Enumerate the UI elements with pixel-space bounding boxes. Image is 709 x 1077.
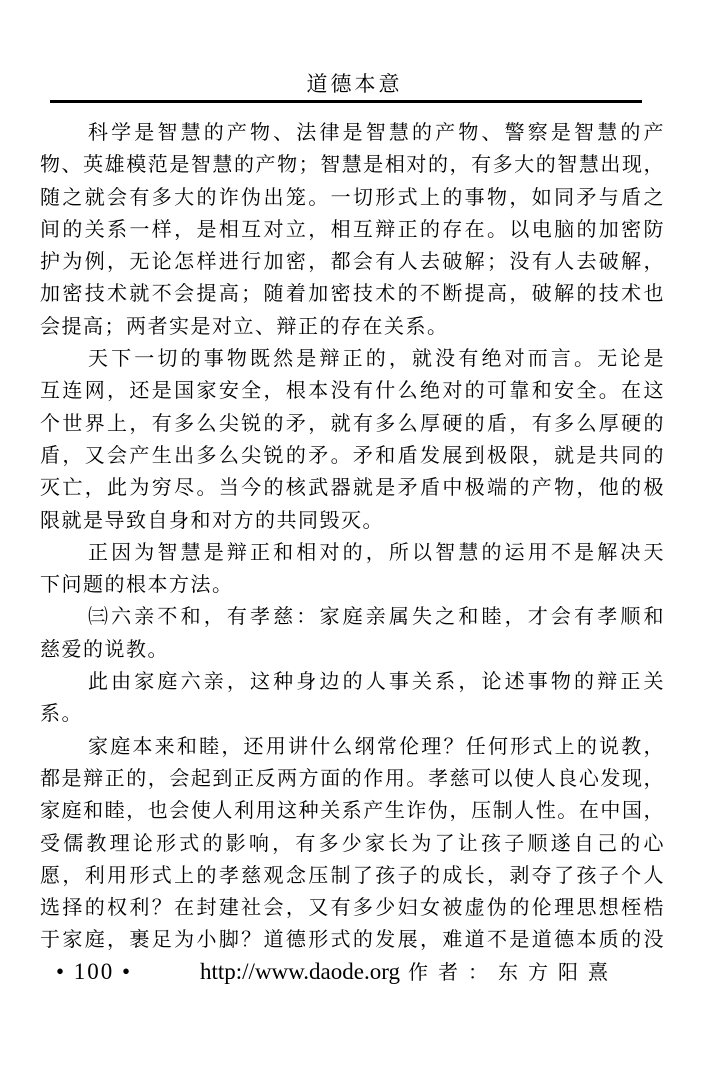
text-line: 正因为智慧是辩正和相对的，所以智慧的运用不是解决天 [40, 536, 665, 568]
text-line: 个世界上，有多么尖锐的矛，就有多么厚硬的盾，有多么厚硬的 [40, 407, 665, 439]
text-line: 慈爱的说教。 [40, 633, 665, 665]
text-line: 此由家庭六亲，这种身边的人事关系，论述事物的辩正关 [40, 665, 665, 697]
text-line: 于家庭，裹足为小脚？道德形式的发展，难道不是道德本质的没 [40, 923, 665, 955]
text-line: 加密技术就不会提高；随着加密技术的不断提高，破解的技术也 [40, 277, 665, 309]
text-line: 随之就会有多大的诈伪出笼。一切形式上的事物，如同矛与盾之 [40, 181, 665, 213]
page-footer: • 100 • http://www.daode.org 作者：东方阳熹 [40, 955, 670, 989]
text-line: 限就是导致自身和对方的共同毁灭。 [40, 504, 665, 536]
site-url: http://www.daode.org [200, 955, 400, 989]
page-number: • 100 • [56, 955, 132, 989]
text-line: 愿，利用形式上的孝慈观念压制了孩子的成长，剥夺了孩子个人 [40, 859, 665, 891]
book-page: 道德本意 科学是智慧的产物、法律是智慧的产物、警察是智慧的产 物、英雄模范是智慧… [0, 0, 709, 1077]
body-text: 科学是智慧的产物、法律是智慧的产物、警察是智慧的产 物、英雄模范是智慧的产物；智… [40, 116, 665, 956]
text-line: 选择的权利？在封建社会，又有多少妇女被虚伪的伦理思想桎梏 [40, 891, 665, 923]
text-line: 盾，又会产生出多么尖锐的矛。矛和盾发展到极限，就是共同的 [40, 439, 665, 471]
author-credit: 作者：东方阳熹 [408, 955, 618, 989]
text-line: 天下一切的事物既然是辩正的，就没有绝对而言。无论是 [40, 342, 665, 374]
text-line: 家庭本来和睦，还用讲什么纲常伦理？任何形式上的说教， [40, 730, 665, 762]
page-title: 道德本意 [0, 68, 709, 98]
text-line: 系。 [40, 697, 665, 729]
text-line: 家庭和睦，也会使人利用这种关系产生诈伪，压制人性。在中国， [40, 794, 665, 826]
text-line: 灭亡，此为穷尽。当今的核武器就是矛盾中极端的产物，他的极 [40, 471, 665, 503]
text-line: 间的关系一样，是相互对立，相互辩正的存在。以电脑的加密防 [40, 213, 665, 245]
text-line: 互连网，还是国家安全，根本没有什么绝对的可靠和安全。在这 [40, 374, 665, 406]
text-line: 受儒教理论形式的影响，有多少家长为了让孩子顺遂自己的心 [40, 827, 665, 859]
text-line: 会提高；两者实是对立、辩正的存在关系。 [40, 310, 665, 342]
text-line: 科学是智慧的产物、法律是智慧的产物、警察是智慧的产 [40, 116, 665, 148]
header-divider [50, 100, 642, 103]
text-line: 下问题的根本方法。 [40, 568, 665, 600]
text-line: 物、英雄模范是智慧的产物；智慧是相对的，有多大的智慧出现， [40, 148, 665, 180]
text-line: 都是辩正的，会起到正反两方面的作用。孝慈可以使人良心发现， [40, 762, 665, 794]
text-line: 护为例，无论怎样进行加密，都会有人去破解；没有人去破解， [40, 245, 665, 277]
text-line: ㈢六亲不和，有孝慈：家庭亲属失之和睦，才会有孝顺和 [40, 600, 665, 632]
